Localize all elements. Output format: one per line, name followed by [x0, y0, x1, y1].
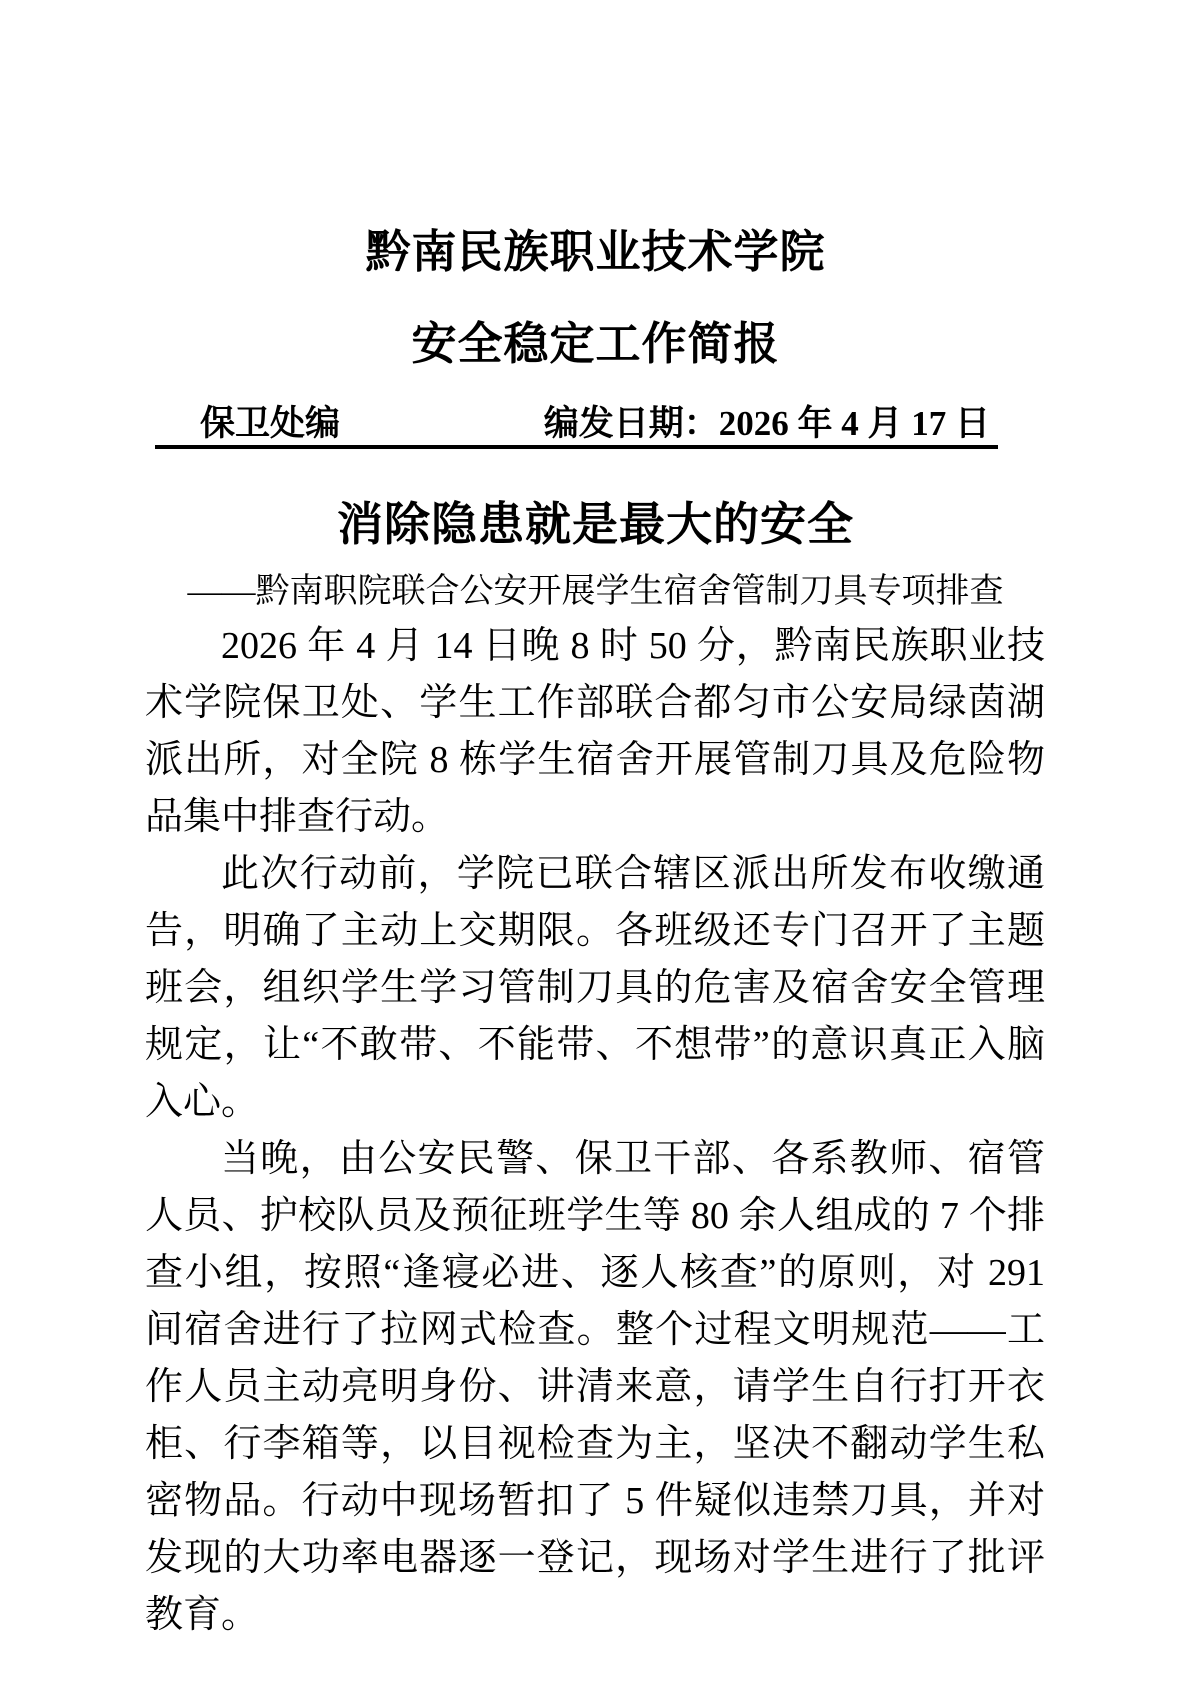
issue-date: 编发日期：2026 年 4 月 17 日	[544, 406, 990, 441]
document-page: 黔南民族职业技术学院 安全稳定工作简报 保卫处编 编发日期：2026 年 4 月…	[0, 0, 1191, 1684]
paragraph-1: 2026 年 4 月 14 日晚 8 时 50 分，黔南民族职业技术学院保卫处、…	[145, 618, 1045, 846]
doc-title: 安全稳定工作简报	[0, 322, 1191, 367]
editor-label: 保卫处编	[200, 406, 340, 441]
article-subtitle: ——黔南职院联合公安开展学生宿舍管制刀具专项排查	[0, 572, 1191, 611]
article-body: 2026 年 4 月 14 日晚 8 时 50 分，黔南民族职业技术学院保卫处、…	[145, 618, 1045, 1644]
paragraph-3: 当晚，由公安民警、保卫干部、各系教师、宿管人员、护校队员及预征班学生等 80 余…	[145, 1131, 1045, 1644]
paragraph-2: 此次行动前，学院已联合辖区派出所发布收缴通告，明确了主动上交期限。各班级还专门召…	[145, 846, 1045, 1131]
article-title: 消除隐患就是最大的安全	[0, 502, 1191, 548]
org-title: 黔南民族职业技术学院	[0, 230, 1191, 275]
meta-row: 保卫处编 编发日期：2026 年 4 月 17 日	[155, 406, 998, 449]
